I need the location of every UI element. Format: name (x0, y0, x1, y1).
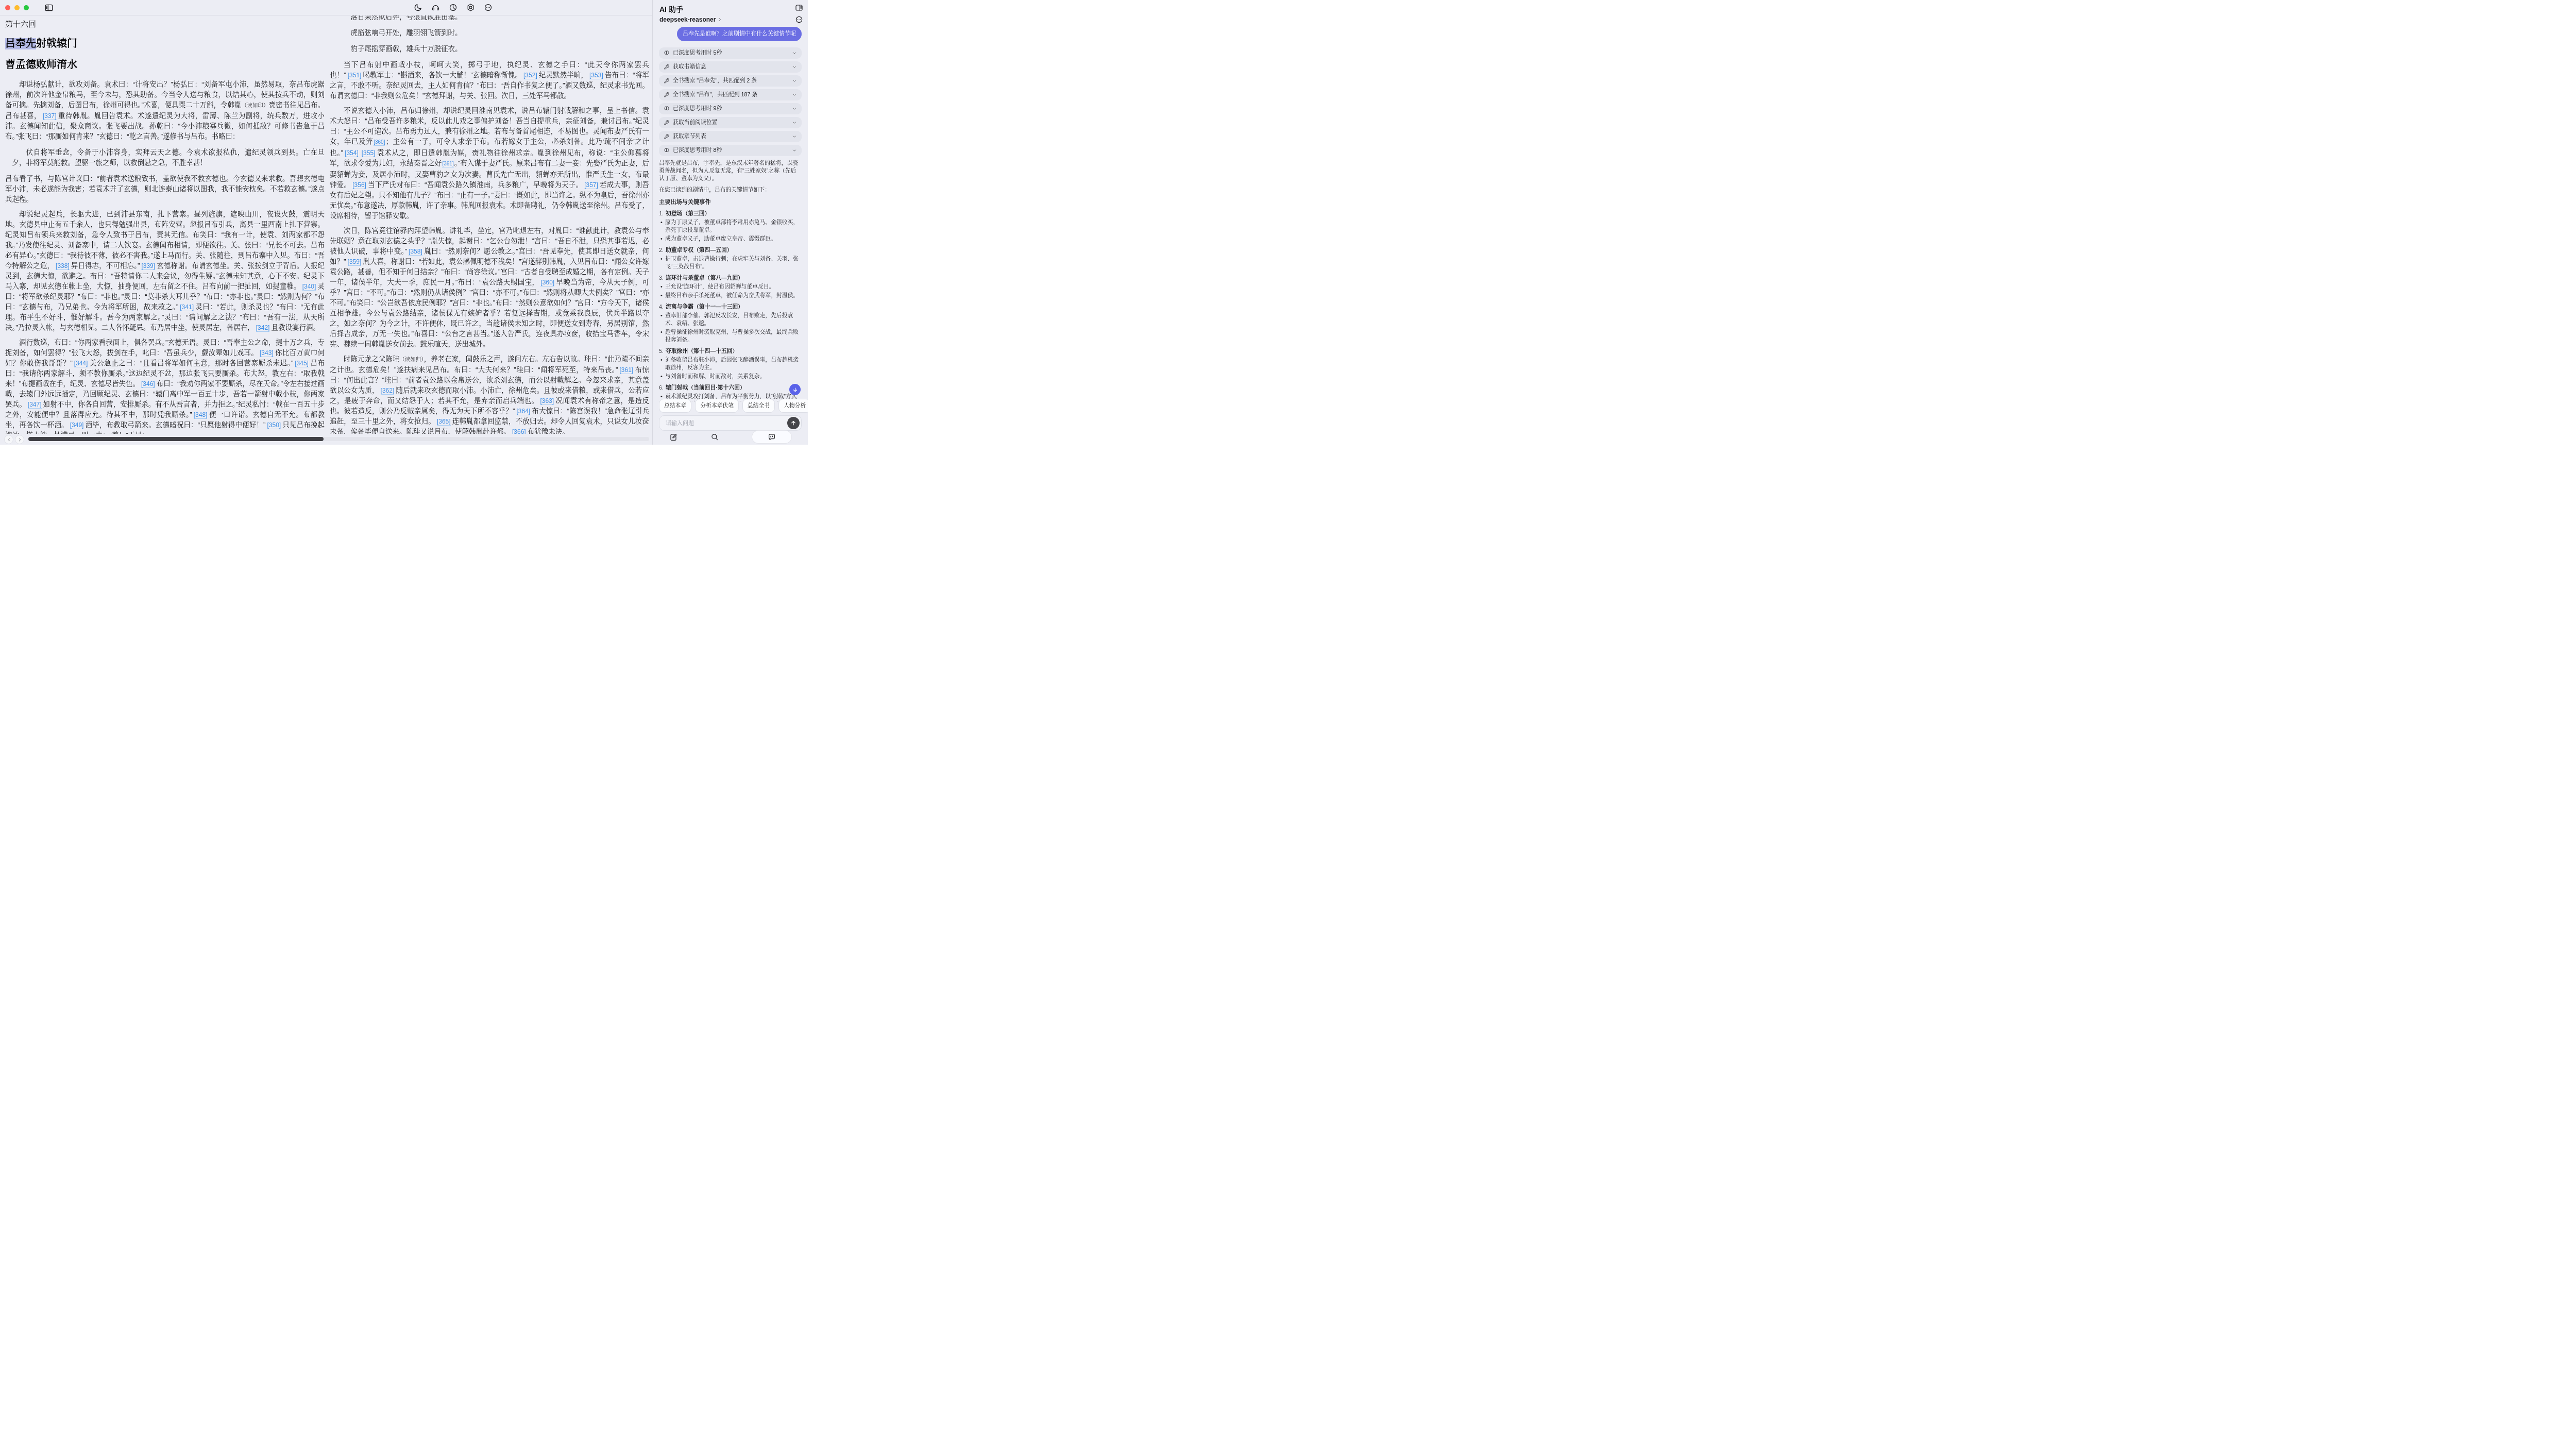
event-title: 3.连环计与杀董卓（第八—九回） (659, 275, 802, 282)
text-run: 时陈元龙之父陈珪 (344, 355, 399, 363)
panel-actions (795, 4, 803, 24)
footnote-link[interactable]: [361] (442, 161, 453, 167)
arrow-down-icon (792, 387, 798, 393)
event-bullet: 董卓旧部李傕、郭汜反攻长安，吕布败走，先后投袁术、袁绍、张邈。 (659, 312, 802, 328)
text-run: 伏自将军垂念，令备于小沛容身，实拜云天之德。今袁术欲报私仇，遣纪灵领兵到县。亡在… (12, 148, 325, 166)
compose-dock-button[interactable] (669, 433, 677, 441)
key-event: 4.流离与争霸（第十一—十三回）董卓旧部李傕、郭汜反攻长安，吕布败走，先后投袁术… (659, 303, 802, 344)
text-run: 异日得志，不可相忘。” (71, 262, 140, 269)
reader-toolbar (414, 3, 493, 12)
text-run: 第十六回 (5, 20, 36, 29)
event-name: 夺取徐州（第十四—十五回） (666, 348, 738, 356)
footnote-link[interactable]: [351] (348, 72, 362, 79)
traffic-lights (5, 5, 29, 10)
footnote-link[interactable]: [348] (194, 411, 208, 419)
key-event: 5.夺取徐州（第十四—十五回）刘备收留吕布驻小沛，后因张飞醉酒误事，吕布趁机袭取… (659, 348, 802, 381)
event-name: 连环计与杀董卓（第八—九回） (666, 275, 743, 282)
ai-assistant-panel: AI 助手 deepseek-reasoner 吕奉先是谁啊？之前剧情中有什么关… (652, 0, 808, 445)
key-event: 2.助董卓专权（第四—五回）护卫董卓，击退曹操行刺；在虎牢关与刘备、关羽、张飞“… (659, 247, 802, 271)
quick-replies: 总结本章分析本章伏笔总结全书人物分析 (659, 399, 802, 413)
horizontal-scrollbar[interactable] (28, 437, 649, 441)
tool-step[interactable]: 获取章节列表 (659, 131, 802, 142)
event-bullet: 趁曹操征徐州时袭取兖州，与曹操多次交战，最终兵败投奔刘备。 (659, 329, 802, 344)
footnote-link[interactable]: [343] (260, 349, 274, 357)
footnote-link[interactable]: [362] (381, 387, 395, 395)
more-circle-icon[interactable] (484, 3, 493, 12)
reader-paragraph: 次日，陈宫竟往馆驿内拜望韩胤。讲礼毕，坐定，宫乃叱退左右，对胤曰：“谁献此计，教… (330, 226, 649, 349)
send-button[interactable] (787, 417, 800, 429)
tool-step[interactable]: 已深度思考用时 9秒 (659, 103, 802, 114)
chat-icon (768, 433, 776, 441)
wrench-icon (664, 120, 670, 126)
text-run: 却说纪灵起兵，长驱大进，已到沛县东南，扎下营寨。昼列旌旗，遮映山川，夜设火鼓，震… (5, 210, 325, 269)
footnote-link[interactable]: [355] (362, 149, 376, 157)
event-title: 1.初登场（第三回） (659, 210, 802, 218)
footnote-link[interactable]: [365] (437, 418, 451, 426)
search-icon (710, 433, 719, 441)
reader-column-left: 第十六回吕奉先射戟辕门曹孟德败师淯水却说杨弘献计，欲攻刘备。袁术曰：“计将安出？… (5, 19, 325, 434)
highlighted-text: 吕奉先 (5, 38, 36, 49)
chevron-right-icon (18, 437, 22, 442)
model-name: deepseek-reasoner (659, 16, 716, 23)
step-label: 获取书籍信息 (673, 63, 706, 71)
step-label: 已深度思考用时 8秒 (673, 147, 722, 155)
compose-icon (669, 433, 677, 441)
footnote-link[interactable]: [353] (589, 72, 603, 79)
text-run: 曹孟德败师淯水 (5, 59, 77, 71)
title-bar (0, 0, 652, 15)
event-number: 2. (659, 247, 664, 255)
step-label: 全书搜索 "吕奉先"，共匹配到 2 条 (673, 77, 757, 85)
footnote-link[interactable]: [357] (584, 181, 598, 189)
wrench-icon (664, 133, 670, 140)
key-events-list: 1.初登场（第三回）原为丁原义子，被董卓部将李肃用赤兔马、金银收买，杀死丁原投靠… (659, 210, 802, 401)
text-run: 布犹豫未决。 (528, 428, 569, 434)
footnote-link[interactable]: [339] (141, 262, 155, 270)
chevron-right-icon (717, 17, 722, 22)
reader-paragraph: 却说纪灵起兵，长驱大进，已到沛县东南，扎下营寨。昼列旌旗，遮映山川，夜设火鼓，震… (5, 209, 325, 333)
more-icon[interactable] (795, 15, 803, 24)
chevron-down-icon (792, 64, 797, 70)
pie-chart-icon[interactable] (449, 3, 457, 12)
tool-step[interactable]: 已深度思考用时 5秒 (659, 47, 802, 59)
footnote-link[interactable]: [350] (267, 421, 281, 429)
text-run: 落日果然欺后羿，号猿直欲胜由基。 (351, 15, 462, 21)
reader-paragraph: 伏自将军垂念，令备于小沛容身，实拜云天之德。今袁术欲报私仇，遣纪灵领兵到县。亡在… (5, 147, 325, 168)
next-page-button[interactable] (15, 435, 24, 444)
event-number: 1. (659, 210, 664, 218)
step-label: 已深度思考用时 5秒 (673, 49, 722, 57)
chat-dock-button[interactable] (752, 431, 791, 443)
chevron-down-icon (792, 148, 797, 153)
sidebar-dock (653, 429, 808, 445)
prev-page-button[interactable] (4, 435, 13, 444)
reply-intro: 吕奉先就是吕布，字奉先，是东汉末年著名的猛将，以骁勇善战闻名，但为人反复无常，有… (659, 160, 802, 183)
chapter-heading: 曹孟德败师淯水 (5, 58, 325, 72)
app-window: 第十六回吕奉先射戟辕门曹孟德败师淯水却说杨弘献计，欲攻刘备。袁术曰：“计将安出？… (0, 0, 808, 445)
reader-paragraph: 当下吕布射中画戟小枝，呵呵大笑，掷弓于地，执纪灵、玄德之手曰：“此天令你两家罢兵… (330, 60, 649, 101)
wrench-icon (664, 92, 670, 98)
event-name: 辕门射戟（当前回目·第十六回） (666, 384, 745, 392)
event-name: 助董卓专权（第四—五回） (666, 247, 733, 255)
tool-steps: 已深度思考用时 5秒获取书籍信息全书搜索 "吕奉先"，共匹配到 2 条全书搜索 … (659, 47, 802, 156)
reader-paragraph: 时陈元龙之父陈珪（读如归），养老在家，闻鼓乐之声，遂问左右。左右告以故。珪曰：“… (330, 354, 649, 434)
footnote-link[interactable]: [338] (56, 262, 70, 270)
event-bullet: 原为丁原义子，被董卓部将李肃用赤兔马、金银收买，杀死丁原投靠董卓。 (659, 219, 802, 234)
text-run: 早晚当为帝，今从天子例，可乎？”宫曰：“不可。”布曰：“然则仍从诸侯例？”宫曰：… (330, 278, 649, 348)
footnote-link[interactable]: [359] (348, 258, 362, 266)
brain-icon (664, 106, 670, 112)
reader-paragraph: 豹子尾摇穿画戟，雄兵十万脱征衣。 (330, 44, 649, 54)
close-button[interactable] (5, 5, 10, 10)
quick-reply-button[interactable]: 分析本章伏笔 (695, 399, 739, 413)
headphones-icon[interactable] (431, 3, 440, 12)
event-bullet: 刘备收留吕布驻小沛，后因张飞醉酒误事，吕布趁机袭取徐州，反客为主。 (659, 357, 802, 372)
text-run: 且教设宴行酒。 (271, 324, 320, 331)
reader-paragraph: 落日果然欺后羿，号猿直欲胜由基。 (330, 15, 649, 22)
quick-reply-button[interactable]: 总结全书 (742, 399, 775, 413)
event-bullet: 与刘备时而和解、时而敌对，关系复杂。 (659, 373, 802, 381)
quick-reply-button[interactable]: 人物分析 (778, 399, 808, 413)
event-title: 4.流离与争霸（第十一—十三回） (659, 303, 802, 311)
reader-paragraph: 虎筋弦响弓开处，雕羽翎飞箭到时。 (330, 28, 649, 38)
reader-paragraph: 吕布看了书，与陈宫计议曰：“前者袁术送粮致书，盖欲使我不救玄德也。今玄德又来求救… (5, 174, 325, 205)
chevron-down-icon (792, 134, 797, 139)
step-label: 全书搜索 "吕布"，共匹配到 187 条 (673, 91, 757, 99)
text-run: 射戟辕门 (36, 38, 77, 49)
footnote-link[interactable]: [363] (540, 397, 554, 405)
chevron-down-icon (792, 78, 797, 83)
chevron-down-icon (792, 92, 797, 97)
chevron-down-icon (792, 50, 797, 56)
step-label: 已深度思考用时 9秒 (673, 105, 722, 113)
event-number: 6. (659, 384, 664, 392)
text-run: 豹子尾摇穿画戟，雄兵十万脱征衣。 (351, 45, 462, 53)
tool-step[interactable]: 获取书籍信息 (659, 61, 802, 73)
brain-icon (664, 50, 670, 56)
chevron-down-icon (792, 120, 797, 125)
scroll-to-bottom-button[interactable] (789, 384, 801, 395)
reader-paragraph: 不说玄德入小沛，吕布归徐州，却说纪灵回淮南见袁术，说吕布辕门射戟解和之事，呈上书… (330, 106, 649, 221)
reader-column-right: 落日果然欺后羿，号猿直欲胜由基。虎筋弦响弓开处，雕羽翎飞箭到时。豹子尾摇穿画戟，… (330, 15, 649, 434)
text-run: 吕布看了书，与陈宫计议曰：“前者袁术送粮致书，盖欲使我不救玄德也。今玄德又来求救… (5, 175, 325, 203)
zoom-button[interactable] (24, 5, 29, 10)
chat-area: 吕奉先是谁啊？之前剧情中有什么关键情节呢 已深度思考用时 5秒获取书籍信息全书搜… (659, 27, 802, 401)
step-label: 获取章节列表 (673, 133, 706, 141)
user-message-bubble: 吕奉先是谁啊？之前剧情中有什么关键情节呢 (677, 27, 802, 41)
arrow-up-icon (790, 420, 796, 426)
panel-right-icon[interactable] (795, 4, 803, 12)
assistant-message: 吕奉先就是吕布，字奉先，是东汉末年著名的猛将，以骁勇善战闻名，但为人反复无常，有… (659, 160, 802, 401)
key-event: 1.初登场（第三回）原为丁原义子，被董卓部将李肃用赤兔马、金银收买，杀死丁原投靠… (659, 210, 802, 243)
badge-icon[interactable] (466, 3, 475, 12)
footnote-link[interactable]: [341] (180, 303, 194, 311)
minimize-button[interactable] (14, 5, 20, 10)
tool-step[interactable]: 获取当前阅读位置 (659, 117, 802, 128)
chapter-heading: 吕奉先射戟辕门 (5, 37, 325, 50)
quick-reply-button[interactable]: 总结本章 (659, 399, 691, 413)
footnote-link[interactable]: [340] (302, 283, 316, 291)
sidebar-toggle-icon[interactable] (44, 3, 54, 12)
chapter-heading: 第十六回 (5, 20, 325, 30)
event-bullet: 护卫董卓，击退曹操行刺；在虎牢关与刘备、关羽、张飞“三英战吕布”。 (659, 256, 802, 271)
event-name: 流离与争霸（第十一—十三回） (666, 303, 743, 311)
footnote-link[interactable]: [352] (523, 72, 537, 79)
footnote-link[interactable]: [337] (43, 112, 57, 120)
chevron-left-icon (7, 437, 11, 442)
search-dock-button[interactable] (710, 433, 719, 441)
event-number: 5. (659, 348, 664, 356)
event-bullet: 最终吕布亲手杀死董卓，被任命为奋武将军，封温侯。 (659, 292, 802, 300)
tool-step[interactable]: 全书搜索 "吕布"，共匹配到 187 条 (659, 89, 802, 100)
text-run: 酒毕，布教取弓箭来。玄德暗祝曰：“只愿他射得中便好！” (85, 421, 265, 429)
tool-step[interactable]: 全书搜索 "吕奉先"，共匹配到 2 条 (659, 75, 802, 87)
text-run: 关公急止之曰：“且看吕将军如何主意，那时各回营寨厮杀未迟。” (89, 359, 293, 367)
event-bullet: 成为董卓义子，助董卓废立皇帝、震慑群臣。 (659, 235, 802, 243)
pronunciation-note: （读如印） (242, 103, 269, 109)
scrollbar-thumb[interactable] (28, 437, 324, 441)
footnote-link[interactable]: [346] (141, 380, 155, 388)
panel-title: AI 助手 (659, 4, 683, 14)
key-event: 3.连环计与杀董卓（第八—九回）王允设“连环计”，使吕布因貂蝉与董卓反目。最终吕… (659, 275, 802, 300)
model-selector[interactable]: deepseek-reasoner (659, 16, 722, 23)
reader-paragraph: 却说杨弘献计，欲攻刘备。袁术曰：“计将安出？”杨弘曰：“刘备军屯小沛，虽然易取，… (5, 79, 325, 142)
chevron-down-icon (792, 106, 797, 111)
text-run: 纪灵默然半晌， (539, 71, 588, 79)
text-run: 喝教军士：“斟酒来，各饮一大觥！”玄德暗称惭愧。 (363, 71, 522, 79)
footnote-link[interactable]: [342] (256, 324, 270, 332)
footnote-link[interactable]: [354] (345, 149, 359, 157)
footnote-link[interactable]: [356] (352, 181, 366, 189)
footnote-link[interactable]: [364] (517, 408, 531, 415)
footnote-link[interactable]: [358] (409, 248, 422, 256)
wrench-icon (664, 64, 670, 70)
footnote-link[interactable]: [360] (374, 140, 385, 146)
event-title: 2.助董卓专权（第四—五回） (659, 247, 802, 255)
event-bullet: 王允设“连环计”，使吕布因貂蝉与董卓反目。 (659, 283, 802, 291)
reader-paragraph: 酒行数巡，布曰：“你两家看我面上，俱各罢兵。”玄德无语。灵曰：“吾奉主公之命，提… (5, 337, 325, 434)
event-number: 4. (659, 303, 664, 311)
tool-step[interactable]: 已深度思考用时 8秒 (659, 145, 802, 156)
footnote-link[interactable]: [366] (512, 428, 526, 434)
wrench-icon (664, 78, 670, 84)
chat-input-row (659, 415, 802, 431)
pronunciation-note: （读如归） (399, 357, 423, 363)
footnote-link[interactable]: [345] (295, 360, 309, 367)
event-title: 5.夺取徐州（第十四—十五回） (659, 348, 802, 356)
footnote-link[interactable]: [361] (620, 366, 634, 374)
step-label: 获取当前阅读位置 (673, 119, 717, 127)
reply-heading: 主要出场与关键事件 (659, 199, 802, 207)
reply-lead: 在您已读到的剧情中，吕布的关键情节如下： (659, 187, 802, 194)
event-title: 6.辕门射戟（当前回目·第十六回） (659, 384, 802, 392)
event-name: 初登场（第三回） (666, 210, 710, 218)
footnote-link[interactable]: [349] (70, 421, 84, 429)
footnote-link[interactable]: [344] (74, 360, 88, 367)
brain-icon (664, 147, 670, 154)
text-run: 虎筋弦响弓开处，雕羽翎飞箭到时。 (351, 29, 462, 37)
footnote-link[interactable]: [360] (540, 279, 554, 286)
event-number: 3. (659, 275, 664, 282)
footnote-link[interactable]: [347] (28, 401, 42, 409)
text-run: 当下严氏对布曰：“吾闻袁公路久镇淮南，兵多粮广，早晚将为天子。 (368, 181, 583, 189)
moon-icon[interactable] (414, 3, 422, 12)
